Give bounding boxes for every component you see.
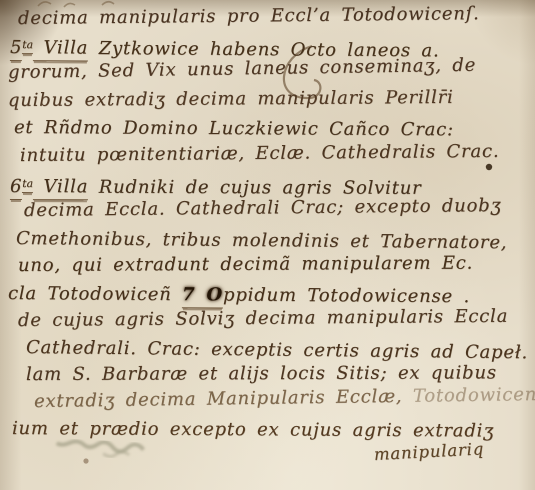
line-16: ium et prædio excepto ex cujus agris ext… [12, 418, 494, 443]
line-01: decima manipularis pro Eccl’a Totodowice… [18, 3, 480, 30]
line-12: de cujus agris Solviʒ decima manipularis… [18, 306, 508, 332]
manuscript-text: uno, qui extradunt decimã manipularem Ec… [18, 253, 473, 276]
manuscript-text: 5 [10, 37, 22, 61]
manuscript-text: ta [22, 38, 33, 54]
line-15: extradiʒ decima Manipularis Ecclæ, Totod… [34, 384, 535, 413]
manuscript-text: 6 [10, 176, 22, 200]
ink-bleedthrough [56, 440, 144, 459]
line-10: uno, qui extradunt decimã manipularem Ec… [18, 253, 473, 277]
line-04: quibus extradiʒ decima manipularis Peril… [8, 87, 454, 112]
manuscript-text: manipulariq [373, 439, 484, 464]
manuscript-text: Cmethonibus, tribus molendinis et Tabern… [16, 228, 508, 253]
manuscript-text: ta [22, 177, 33, 193]
line-13: Cathedrali. Crac: exceptis certis agris … [26, 337, 528, 364]
catchword: manipulariq [373, 438, 484, 466]
manuscript-text: Cathedrali. Crac: exceptis certis agris … [26, 337, 528, 363]
manuscript-text: de cujus agris Solviʒ decima manipularis… [18, 306, 508, 331]
line-05: et Rñdmo Domino Luczkiewic Cañco Crac: [14, 117, 454, 141]
manuscript-text: ppidum Totodowicense . [223, 285, 470, 308]
line-06: intuitu pœnitentiariæ, Eclæ. Cathedralis… [20, 141, 500, 167]
line-09: Cmethonibus, tribus molendinis et Tabern… [16, 228, 508, 254]
line-08: decima Eccla. Cathedrali Crac; excepto d… [24, 195, 502, 222]
manuscript-text: et Rñdmo Domino Luczkiewic Cañco Crac: [14, 117, 454, 140]
manuscript-text: lam S. Barbaræ et alijs locis Sitis; ex … [26, 362, 497, 385]
manuscript-text: quibus extradiʒ decima manipularis Peril… [8, 87, 454, 111]
manuscript-page: decima manipularis pro Eccl’a Totodowice… [0, 0, 535, 490]
manuscript-text: ium et prædio excepto ex cujus agris ext… [12, 418, 494, 442]
manuscript-text: cla Totodowiceñ [8, 283, 182, 305]
manuscript-text: decima manipularis pro Eccl’a Totodowice… [18, 3, 480, 29]
line-14: lam S. Barbaræ et alijs locis Sitis; ex … [26, 362, 497, 386]
line-11-oppidum: cla Totodowiceñ 7 Oppidum Totodowicense … [8, 283, 470, 308]
manuscript-text: extradiʒ decima Manipularis Ecclæ, [34, 386, 413, 412]
manuscript-text: intuitu pœnitentiariæ, Eclæ. Cathedralis… [20, 141, 500, 166]
manuscript-text: decima Eccla. Cathedrali Crac; excepto d… [24, 195, 502, 221]
ink-blot-dot [486, 164, 492, 170]
small-stain [83, 458, 88, 463]
manuscript-text: Villa [33, 38, 88, 62]
manuscript-text: Villa [33, 176, 88, 200]
manuscript-text: 7 O [182, 284, 223, 308]
manuscript-text: Totodowicensi [413, 384, 535, 407]
